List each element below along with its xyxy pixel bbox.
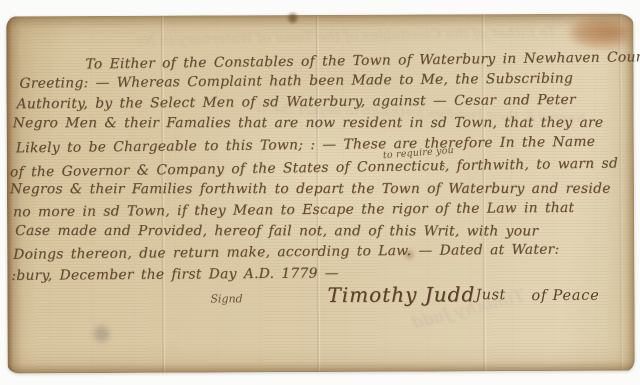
stain: [288, 13, 297, 23]
manuscript-paper: To Either of the Constables of the Town …: [6, 14, 635, 374]
signature-office: Just: [475, 287, 505, 303]
manuscript-line-10: Doings thereon, due return make, accordi…: [13, 242, 559, 264]
stain: [571, 21, 627, 45]
stain: [94, 326, 110, 342]
manuscript-line-2: Greeting: — Whereas Complaint hath been …: [19, 70, 573, 92]
manuscript-line-5: Likely to be Chargeable to this Town; : …: [16, 134, 596, 158]
signature-signed-label: Signd: [210, 292, 242, 305]
scan-background: To Either of the Constables of the Town …: [0, 0, 640, 385]
manuscript-line-11: :bury, December the first Day A.D. 1779 …: [11, 265, 339, 285]
bleed-through-text: To Either of the Constables of the Town …: [136, 24, 556, 49]
manuscript-line-9: Case made and Provided, hereof fail not,…: [15, 223, 538, 240]
fold-crease: [618, 14, 624, 371]
signature-name: Timothy Judd: [327, 282, 475, 307]
insertion-caret: ^: [439, 164, 447, 174]
manuscript-line-4: Negro Men & their Famalies that are now …: [13, 115, 604, 133]
manuscript-line-7: Negros & their Families forthwith to dep…: [10, 181, 611, 199]
manuscript-line-3: Authority, by the Select Men of sd Water…: [17, 92, 576, 113]
manuscript-line-8: no more in sd Town, if they Mean to Esca…: [13, 200, 574, 221]
manuscript-line-6: of the Governor & Company of the States …: [10, 156, 618, 182]
signature-office-rest: of Peace: [531, 288, 599, 304]
